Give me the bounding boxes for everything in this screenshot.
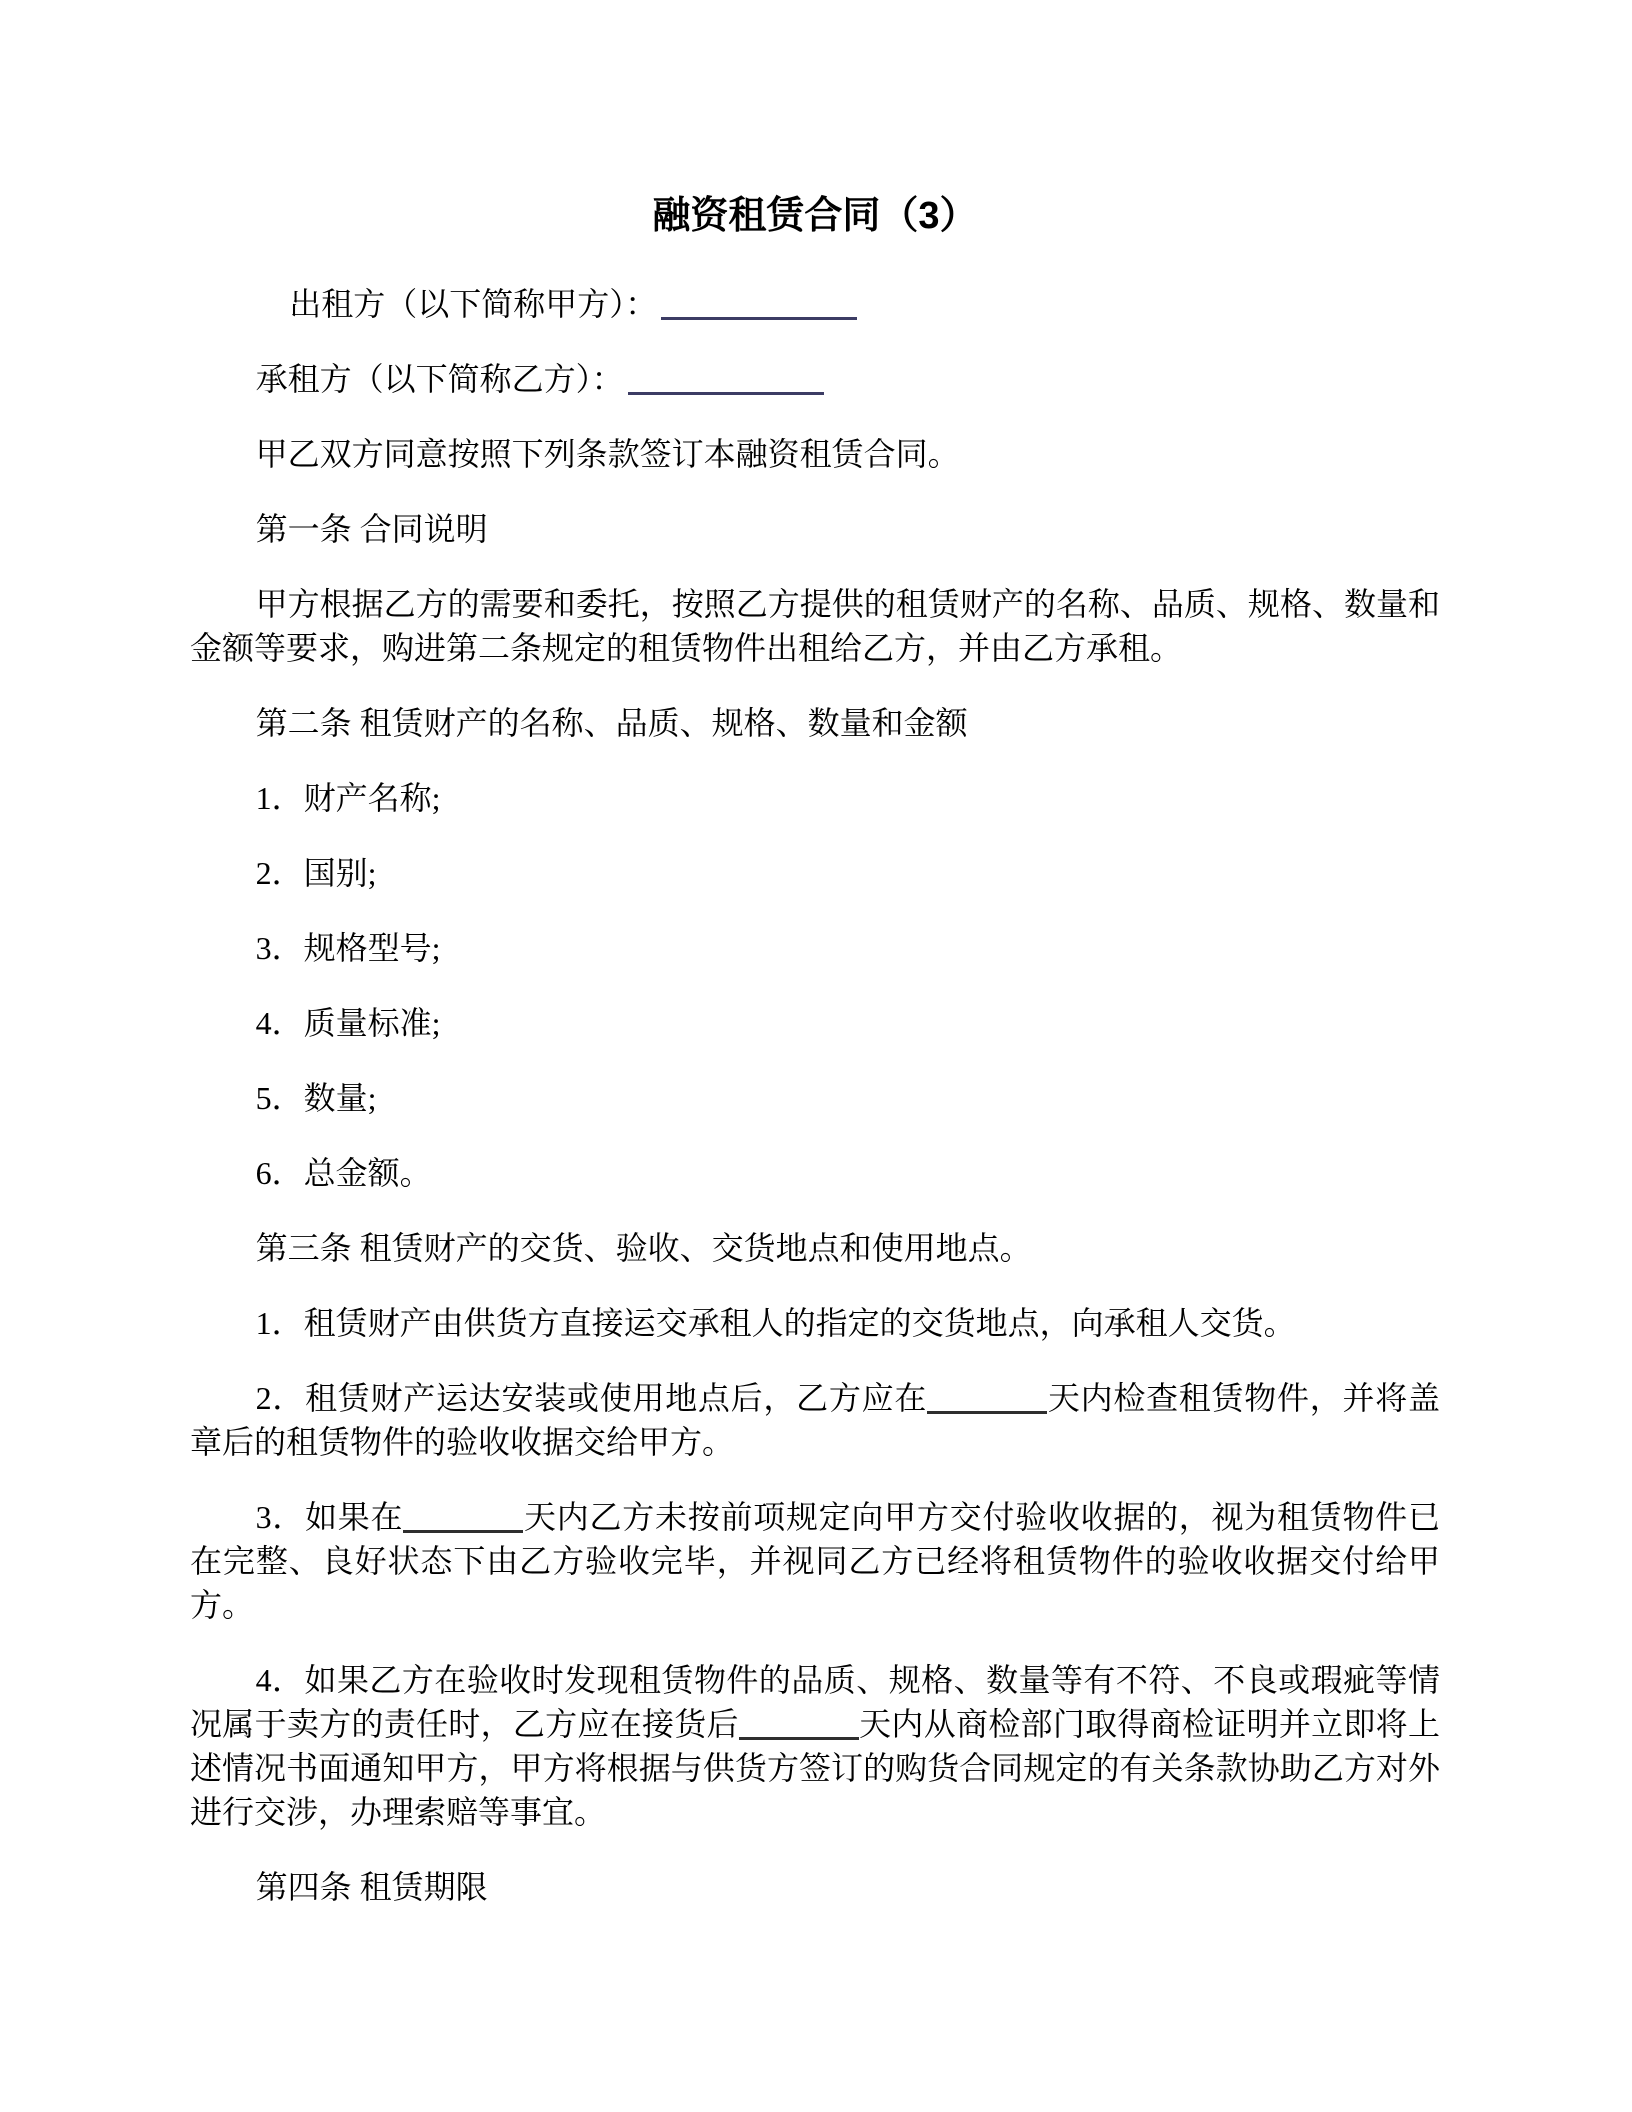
party-b-blank-field[interactable] [628, 363, 824, 395]
article1-heading: 第一条 合同说明 [190, 507, 1440, 551]
article2-item-2: 2．国别; [190, 851, 1440, 895]
article3-item-2-days-blank-field[interactable] [927, 1382, 1047, 1414]
article2-heading-text: 第二条 租赁财产的名称、品质、规格、数量和金额 [256, 705, 968, 741]
article1-body: 甲方根据乙方的需要和委托，按照乙方提供的租赁财产的名称、品质、规格、数量和金额等… [190, 582, 1440, 670]
article2-item-6: 6．总金额。 [190, 1151, 1440, 1195]
party-b-row: 承租方（以下简称乙方）： [190, 357, 1440, 401]
article3-item-1: 1．租赁财产由供货方直接运交承租人的指定的交货地点，向承租人交货。 [190, 1301, 1440, 1345]
article4-heading-text: 第四条 租赁期限 [256, 1869, 488, 1905]
article4-heading: 第四条 租赁期限 [190, 1865, 1440, 1909]
party-a-row: 出租方（以下简称甲方）： [190, 282, 1440, 326]
article3-item-2-pre-text: 2．租赁财产运达安装或使用地点后，乙方应在 [256, 1380, 928, 1416]
article2-heading: 第二条 租赁财产的名称、品质、规格、数量和金额 [190, 701, 1440, 745]
intro-text: 甲乙双方同意按照下列条款签订本融资租赁合同。 [256, 436, 960, 472]
contract-document-page: 融资租赁合同（3） 出租方（以下简称甲方）： 承租方（以下简称乙方）： 甲乙双方… [0, 0, 1632, 2112]
article3-item-4-days-blank-field[interactable] [739, 1708, 859, 1740]
party-a-blank-field[interactable] [661, 288, 857, 320]
article2-item-4: 4．质量标准; [190, 1001, 1440, 1045]
article2-item-1-text: 1．财产名称; [256, 780, 441, 816]
article3-item-1-text: 1．租赁财产由供货方直接运交承租人的指定的交货地点，向承租人交货。 [256, 1305, 1296, 1341]
article3-heading-text: 第三条 租赁财产的交货、验收、交货地点和使用地点。 [256, 1230, 1032, 1266]
article3-item-4: 4．如果乙方在验收时发现租赁物件的品质、规格、数量等有不符、不良或瑕疵等情况属于… [190, 1658, 1440, 1834]
party-a-label: 出租方（以下简称甲方）： [289, 286, 657, 322]
article2-item-3: 3．规格型号; [190, 926, 1440, 970]
article2-item-3-text: 3．规格型号; [256, 930, 441, 966]
article2-item-5-text: 5．数量; [256, 1080, 377, 1116]
article3-item-2: 2．租赁财产运达安装或使用地点后，乙方应在天内检查租赁物件，并将盖章后的租赁物件… [190, 1376, 1440, 1464]
article2-item-2-text: 2．国别; [256, 855, 377, 891]
article2-item-6-text: 6．总金额。 [256, 1155, 432, 1191]
article2-item-4-text: 4．质量标准; [256, 1005, 441, 1041]
article1-body-text: 甲方根据乙方的需要和委托，按照乙方提供的租赁财产的名称、品质、规格、数量和金额等… [190, 586, 1440, 666]
intro-paragraph: 甲乙双方同意按照下列条款签订本融资租赁合同。 [190, 432, 1440, 476]
article3-heading: 第三条 租赁财产的交货、验收、交货地点和使用地点。 [190, 1226, 1440, 1270]
article2-item-1: 1．财产名称; [190, 776, 1440, 820]
article3-item-3-days-blank-field[interactable] [403, 1501, 523, 1533]
document-title: 融资租赁合同（3） [190, 194, 1440, 238]
article3-item-3: 3．如果在天内乙方未按前项规定向甲方交付验收收据的，视为租赁物件已在完整、良好状… [190, 1495, 1440, 1627]
article1-heading-text: 第一条 合同说明 [256, 511, 488, 547]
article2-item-5: 5．数量; [190, 1076, 1440, 1120]
party-b-label: 承租方（以下简称乙方）： [256, 361, 624, 397]
article3-item-3-pre-text: 3．如果在 [256, 1499, 404, 1535]
